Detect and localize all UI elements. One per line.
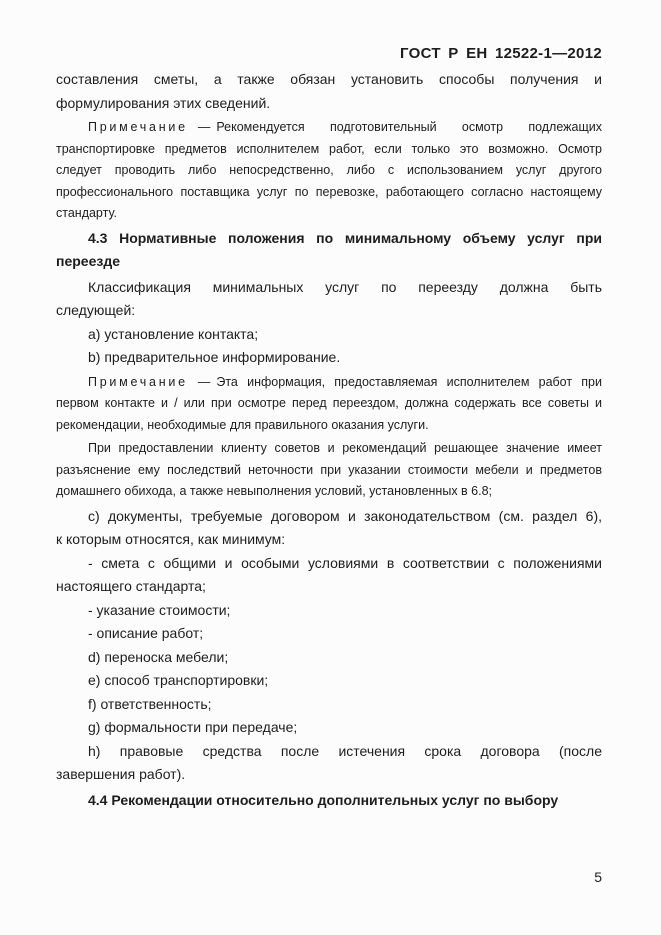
- text-line: составления сметы, а также обязан устано…: [56, 68, 602, 92]
- dash-item-estimate: - смета с общими и особыми условиями в с…: [56, 552, 602, 599]
- text-line: - указание стоимости;: [56, 599, 602, 623]
- text-line: 4.3 Нормативные положения по минимальном…: [56, 227, 602, 251]
- text-line: f) ответственность;: [56, 693, 602, 717]
- dash-item-works: - описание работ;: [56, 622, 602, 646]
- text-line: формулирования этих сведений.: [56, 92, 602, 116]
- text-line: переезде: [56, 250, 602, 274]
- text-line: домашнего обихода, а также невыполнения …: [56, 481, 602, 503]
- list-item-d: d) переноска мебели;: [56, 646, 602, 670]
- text-line: стандарту.: [56, 203, 602, 225]
- text-line: a) установление контакта;: [56, 323, 602, 347]
- text-line: к которым относятся, как минимум:: [56, 528, 602, 552]
- running-header-doc-code: ГОСТ Р ЕН 12522-1—2012: [56, 46, 602, 62]
- paragraph-classification: Классификация минимальных услуг по перее…: [56, 276, 602, 323]
- text-line: Примечание—Эта информация, предоставляем…: [56, 372, 602, 394]
- text-line: завершения работ).: [56, 763, 602, 787]
- text-line: g) формальности при передаче;: [56, 716, 602, 740]
- text-line: первом контакте и / или при осмотре пере…: [56, 393, 602, 415]
- text-line: c) документы, требуемые договором и зако…: [56, 505, 602, 529]
- dash-item-cost: - указание стоимости;: [56, 599, 602, 623]
- list-item-f: f) ответственность;: [56, 693, 602, 717]
- section-heading-4-4: 4.4 Рекомендации относительно дополнител…: [56, 789, 602, 813]
- section-heading-4-3: 4.3 Нормативные положения по минимальном…: [56, 227, 602, 274]
- list-item-g: g) формальности при передаче;: [56, 716, 602, 740]
- note-paragraph-3: При предоставлении клиенту советов и рек…: [56, 438, 602, 503]
- list-item-c: c) документы, требуемые договором и зако…: [56, 505, 602, 552]
- note-paragraph-1: Примечание—Рекомендуется подготовительны…: [56, 117, 602, 225]
- text-line: Классификация минимальных услуг по перее…: [56, 276, 602, 300]
- text-line: d) переноска мебели;: [56, 646, 602, 670]
- list-item-b: b) предварительное информирование.: [56, 346, 602, 370]
- text-line: настоящего стандарта;: [56, 575, 602, 599]
- note-dash: —: [198, 120, 211, 134]
- note-label: Примечание: [88, 375, 188, 389]
- text-line: e) способ транспортировки;: [56, 669, 602, 693]
- note-paragraph-2: Примечание—Эта информация, предоставляем…: [56, 372, 602, 437]
- note-text: Эта информация, предоставляемая исполнит…: [216, 375, 602, 389]
- text-line: - описание работ;: [56, 622, 602, 646]
- text-line: рекомендации, необходимые для правильног…: [56, 415, 602, 437]
- paragraph-continued: составления сметы, а также обязан устано…: [56, 68, 602, 115]
- text-line: 4.4 Рекомендации относительно дополнител…: [56, 789, 602, 813]
- document-page: ГОСТ Р ЕН 12522-1—2012 составления сметы…: [0, 0, 661, 935]
- text-line: b) предварительное информирование.: [56, 346, 602, 370]
- text-line: Примечание—Рекомендуется подготовительны…: [56, 117, 602, 139]
- note-label: Примечание: [88, 120, 188, 134]
- text-line: следует проводить либо непосредственно, …: [56, 160, 602, 182]
- text-line: следующей:: [56, 299, 602, 323]
- list-item-h: h) правовые средства после истечения сро…: [56, 740, 602, 787]
- text-line: профессионального поставщика услуг по пе…: [56, 182, 602, 204]
- note-text: Рекомендуется подготовительный осмотр по…: [216, 120, 602, 134]
- text-line: транспортировке предметов исполнителем р…: [56, 139, 602, 161]
- note-dash: —: [198, 375, 211, 389]
- page-number: 5: [594, 866, 602, 890]
- list-item-e: e) способ транспортировки;: [56, 669, 602, 693]
- text-line: разъяснение ему последствий неточности п…: [56, 460, 602, 482]
- text-line: h) правовые средства после истечения сро…: [56, 740, 602, 764]
- list-item-a: a) установление контакта;: [56, 323, 602, 347]
- text-line: При предоставлении клиенту советов и рек…: [56, 438, 602, 460]
- text-line: - смета с общими и особыми условиями в с…: [56, 552, 602, 576]
